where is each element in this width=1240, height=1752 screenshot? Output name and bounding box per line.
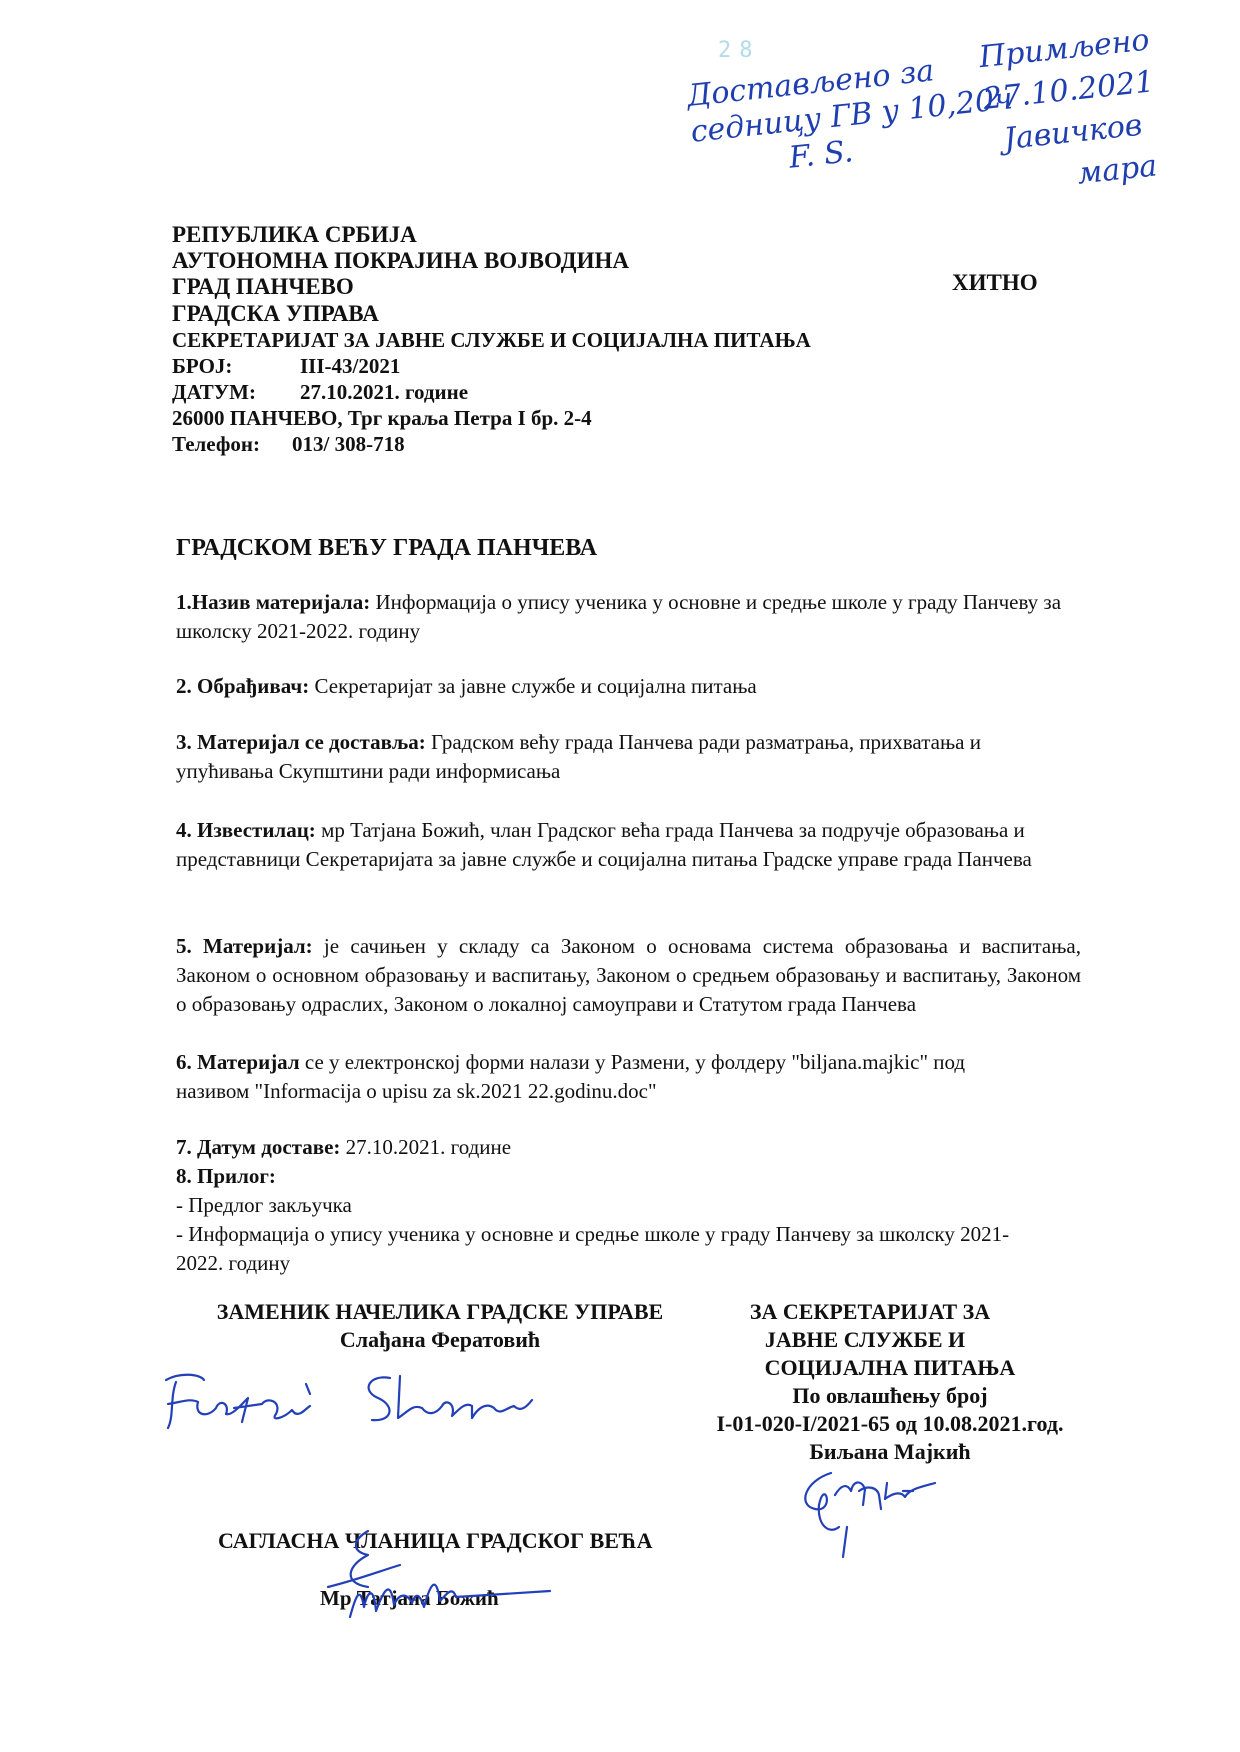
item-label: 2. Обрађивач:	[176, 674, 309, 698]
handwritten-note-received: Примљено 27.10.2021 Јавичков мара	[977, 19, 1165, 204]
item-label: 7. Датум доставе:	[176, 1135, 340, 1159]
handwritten-signature-majkic	[795, 1465, 955, 1560]
item-legal-basis: 5. Материјал: је сачињен у складу са Зак…	[176, 932, 1081, 1019]
header-city: ГРАД ПАНЧЕВО	[172, 274, 354, 300]
number-label: БРОЈ:	[172, 354, 300, 378]
header-address: 26000 ПАНЧЕВО, Трг краља Петра I бр. 2-4	[172, 406, 592, 430]
handwritten-note-delivered: Достављено за седницу ГВ у 10,20ч F. S.	[685, 45, 1018, 186]
item-label: 3. Материјал се доставља:	[176, 730, 426, 754]
attachment-item: - Информација о упису ученика у основне …	[176, 1220, 1036, 1278]
signatory-title: ЗАМЕНИК НАЧЕЛИКА ГРАДСКЕ УПРАВЕ	[180, 1298, 700, 1326]
signatory-name: Слађана Фератовић	[180, 1326, 700, 1354]
item-label: 1.Назив материјала:	[176, 590, 370, 614]
item-text: 27.10.2021. године	[340, 1135, 511, 1159]
item-delivery-date: 7. Датум доставе: 27.10.2021. године	[176, 1133, 1081, 1162]
authorization-number: I-01-020-I/2021-65 од 10.08.2021.год.	[690, 1410, 1090, 1438]
urgent-label: ХИТНО	[952, 270, 1038, 296]
header-province: АУТОНОМНА ПОКРАЈИНА ВОЈВОДИНА	[172, 248, 629, 274]
header-number: БРОЈ:III-43/2021	[172, 354, 400, 378]
signatory-name: Биљана Мајкић	[690, 1438, 1090, 1466]
attachment-item: - Предлог закључка	[176, 1191, 1081, 1220]
item-label: 5. Материјал:	[176, 934, 313, 958]
authorization-label: По овлашћењу број	[690, 1382, 1090, 1410]
header-administration: ГРАДСКА УПРАВА	[172, 301, 379, 327]
date-label: ДАТУМ:	[172, 380, 300, 404]
handwritten-signature-bozic	[320, 1525, 560, 1620]
item-text: Секретаријат за јавне службе и социјална…	[309, 674, 757, 698]
handwritten-signature-feratovic	[160, 1368, 580, 1438]
phone-label: Телефон:	[172, 432, 292, 456]
item-electronic-form: 6. Материјал се у електронској форми нал…	[176, 1048, 976, 1106]
signatory-line: ЈАВНЕ СЛУЖБЕ И	[690, 1326, 1090, 1354]
item-label: 6. Материјал	[176, 1050, 300, 1074]
signature-block-secretariat: ЗА СЕКРЕТАРИЈАТ ЗА ЈАВНЕ СЛУЖБЕ И СОЦИЈА…	[690, 1298, 1090, 1466]
stamp-date: 28	[718, 38, 761, 63]
item-material-name: 1.Назив материјала: Информација о упису …	[176, 588, 1081, 646]
signatory-line: ЗА СЕКРЕТАРИЈАТ ЗА	[690, 1298, 1090, 1326]
item-text: је сачињен у складу са Законом о основам…	[176, 934, 1081, 1016]
number-value: III-43/2021	[300, 354, 400, 378]
header-date: ДАТУМ:27.10.2021. године	[172, 380, 468, 404]
item-label: 8. Прилог:	[176, 1164, 276, 1188]
received-stamp: 28	[718, 38, 761, 63]
header-republic: РЕПУБЛИКА СРБИЈА	[172, 222, 417, 248]
header-secretariat: СЕКРЕТАРИЈАТ ЗА ЈАВНЕ СЛУЖБЕ И СОЦИЈАЛНА…	[172, 328, 811, 352]
signature-block-deputy: ЗАМЕНИК НАЧЕЛИКА ГРАДСКЕ УПРАВЕ Слађана …	[180, 1298, 700, 1354]
addressee: ГРАДСКОМ ВЕЋУ ГРАДА ПАНЧЕВА	[176, 535, 597, 562]
item-processor: 2. Обрађивач: Секретаријат за јавне служ…	[176, 672, 1081, 701]
item-delivered-to: 3. Материјал се доставља: Градском већу …	[176, 728, 1081, 786]
item-reporter: 4. Известилац: мр Татјана Божић, члан Гр…	[176, 816, 1081, 874]
item-attachments: 8. Прилог:	[176, 1162, 1081, 1191]
phone-value: 013/ 308-718	[292, 432, 405, 456]
item-label: 4. Известилац:	[176, 818, 316, 842]
date-value: 27.10.2021. године	[300, 380, 468, 404]
header-phone: Телефон:013/ 308-718	[172, 432, 405, 456]
signatory-line: СОЦИЈАЛНА ПИТАЊА	[690, 1354, 1090, 1382]
